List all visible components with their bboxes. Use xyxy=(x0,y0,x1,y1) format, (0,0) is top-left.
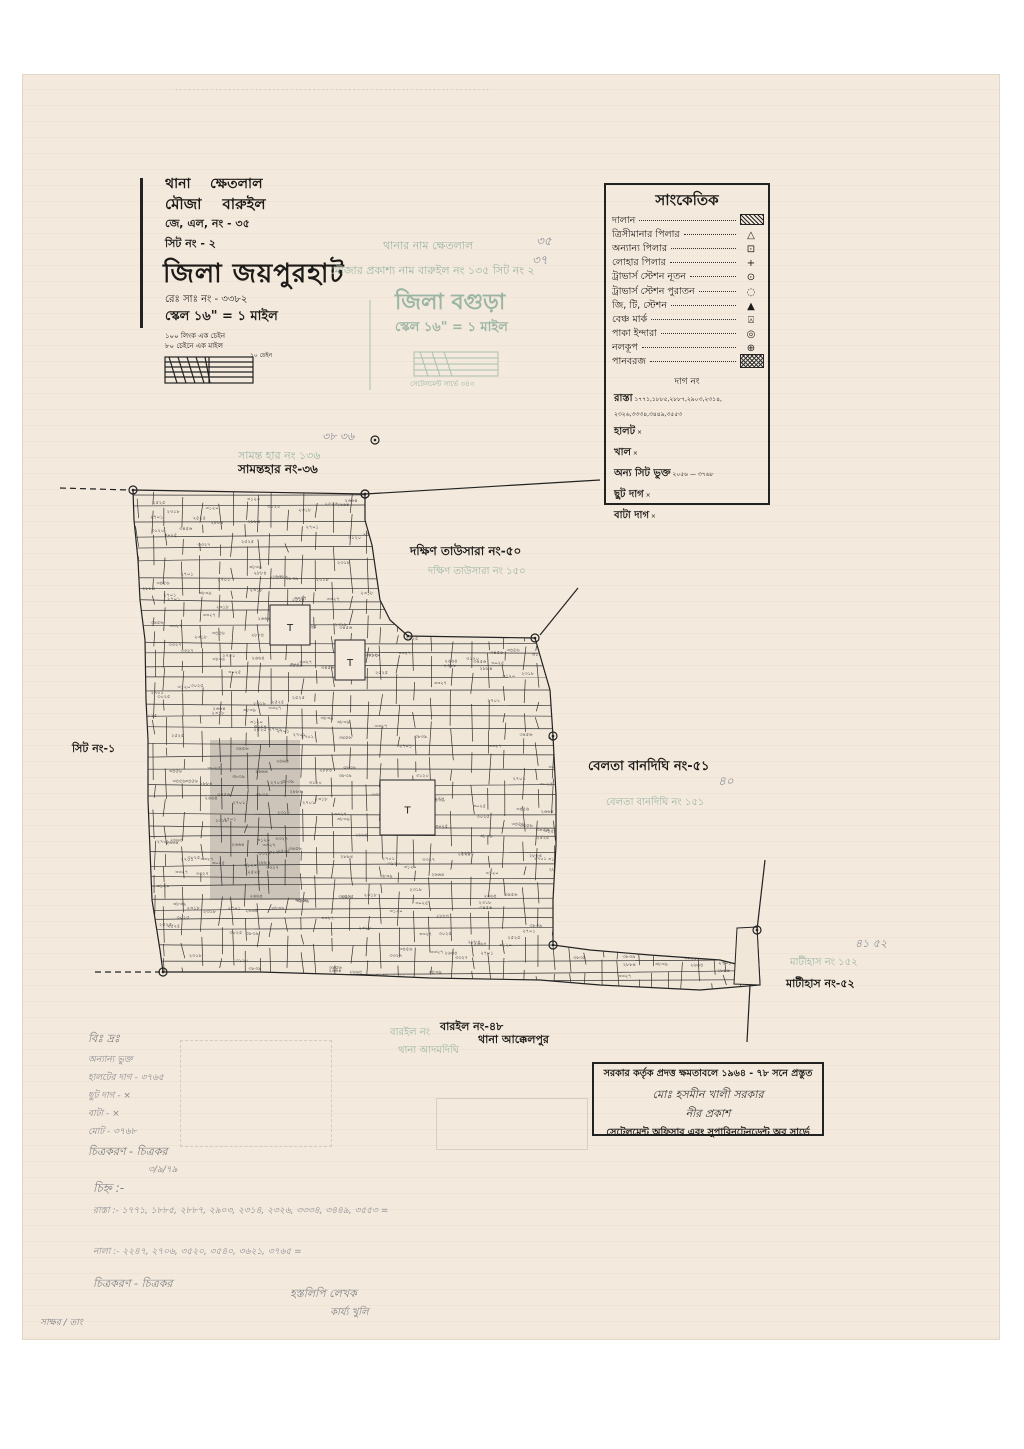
svg-text:২৫২৫: ২৫২৫ xyxy=(672,546,685,552)
svg-text:২৭০১: ২৭০১ xyxy=(151,690,164,696)
svg-text:২৮৮৪: ২৮৮৪ xyxy=(668,586,681,592)
authority-stamp: সরকার কর্তৃক প্রদত্ত ক্ষমতাবলে ১৯৬৪ - ৭৮… xyxy=(592,1062,824,1136)
svg-text:২৮৮৪: ২৮৮৪ xyxy=(588,816,601,822)
svg-text:৩১২০: ৩১২০ xyxy=(559,881,572,887)
svg-text:২৫২৫: ২৫২৫ xyxy=(341,894,354,900)
bottom-left-scribble: সাক্ষর / তাং xyxy=(40,1315,83,1330)
svg-text:২৭০১: ২৭০১ xyxy=(399,744,412,750)
svg-text:৩৩২৭: ৩৩২৭ xyxy=(168,642,181,648)
svg-text:২৭০১: ২৭০১ xyxy=(621,640,634,646)
svg-text:৩৪৫৬: ৩৪৫৬ xyxy=(519,732,533,738)
svg-text:৩৮৩৯: ৩৮৩৯ xyxy=(608,518,621,524)
svg-text:৩০২৫: ৩০২৫ xyxy=(410,538,423,544)
svg-text:২৭০১: ২৭০১ xyxy=(578,584,591,590)
svg-text:৩০২৫: ৩০২৫ xyxy=(628,911,641,917)
svg-text:৩০২৫: ৩০২৫ xyxy=(144,713,157,719)
svg-text:২৩১৮: ২৩১৮ xyxy=(580,537,594,543)
svg-text:৩১২০: ৩১২০ xyxy=(516,533,529,539)
svg-text:২৩১৮: ২৩১৮ xyxy=(486,531,500,537)
svg-text:৩৪৫৬: ৩৪৫৬ xyxy=(751,794,765,800)
svg-text:৩৮৩৯: ৩৮৩৯ xyxy=(573,955,586,961)
svg-text:T: T xyxy=(346,658,354,669)
bottom-signature-2: হস্তলিপি লেখক xyxy=(290,1285,357,1304)
svg-text:২৬৬৪: ২৬৬৪ xyxy=(484,893,497,899)
svg-text:২৫২৫: ২৫২৫ xyxy=(536,835,549,841)
svg-text:৩১২০: ৩১২০ xyxy=(404,865,417,871)
svg-text:৩৪৫৬: ৩৪৫৬ xyxy=(536,827,550,833)
svg-text:৩১২০: ৩১২০ xyxy=(395,590,408,596)
svg-text:২৮৮৪: ২৮৮৪ xyxy=(408,618,421,624)
svg-text:৩৩২৭: ৩৩২৭ xyxy=(455,955,468,961)
svg-text:৩৪৫৬: ৩৪৫৬ xyxy=(169,768,183,774)
svg-text:৩১২০: ৩১২০ xyxy=(689,619,702,625)
svg-text:২৫২৫: ২৫২৫ xyxy=(484,607,497,613)
svg-text:২৮৮৪: ২৮৮৪ xyxy=(248,519,261,525)
svg-text:৩৪৫৬: ৩৪৫৬ xyxy=(691,843,705,849)
svg-text:৩৪৫৬: ৩৪৫৬ xyxy=(156,580,170,586)
svg-text:৩৩২৭: ৩৩২৭ xyxy=(653,919,666,925)
svg-text:৩৪৫৬: ৩৪৫৬ xyxy=(678,680,692,686)
svg-text:২৫২৫: ২৫২৫ xyxy=(378,510,391,516)
svg-text:৩১২০: ৩১২০ xyxy=(151,528,164,534)
svg-text:২৬৬৪: ২৬৬৪ xyxy=(662,862,675,868)
svg-text:২৬৬৪: ২৬৬৪ xyxy=(345,498,358,504)
svg-text:২৬৬৪: ২৬৬৪ xyxy=(566,608,579,614)
svg-text:২৩১৮: ২৩১৮ xyxy=(334,622,348,628)
svg-text:২৭০১: ২৭০১ xyxy=(150,514,163,520)
svg-text:৩৩২৭: ৩৩২৭ xyxy=(645,929,658,935)
svg-text:৩৩২৭: ৩৩২৭ xyxy=(434,681,447,687)
svg-text:২৮৮৪: ২৮৮৪ xyxy=(547,521,560,527)
svg-text:৩১২০: ৩১২০ xyxy=(247,496,260,502)
svg-text:২৭০১: ২৭০১ xyxy=(217,577,230,583)
svg-text:২৩১৮: ২৩১৮ xyxy=(715,558,729,564)
svg-text:৩৩২৭: ৩৩২৭ xyxy=(181,648,194,654)
svg-text:৩৪৫৬: ৩৪৫৬ xyxy=(751,788,765,794)
svg-text:৩৩২৭: ৩৩২৭ xyxy=(389,953,402,959)
svg-text:২৩১৮: ২৩১৮ xyxy=(187,905,201,911)
svg-text:২৭০১: ২৭০১ xyxy=(268,726,281,732)
svg-text:২৩১৮: ২৩১৮ xyxy=(633,753,647,759)
svg-text:৩৪৫৬: ৩৪৫৬ xyxy=(185,778,199,784)
svg-text:৩৪৫৬: ৩৪৫৬ xyxy=(212,631,226,637)
svg-text:৩৩২৭: ৩৩২৭ xyxy=(197,542,210,548)
svg-text:২৩১৮: ২৩১৮ xyxy=(576,928,590,934)
svg-text:৩৩২৭: ৩৩২৭ xyxy=(422,857,435,863)
svg-text:৩০২৫: ৩০২৫ xyxy=(613,682,626,688)
svg-text:৩৮৩৯: ৩৮৩৯ xyxy=(248,966,261,972)
svg-text:৩০২৫: ৩০২৫ xyxy=(582,559,595,565)
svg-text:২৮৮৪: ২৮৮৪ xyxy=(480,666,493,672)
svg-text:২৫২৫: ২৫২৫ xyxy=(241,539,254,545)
svg-text:২৩১৮: ২৩১৮ xyxy=(390,569,404,575)
svg-text:২৬৬৪: ২৬৬৪ xyxy=(716,943,729,949)
svg-text:২৮৮৪: ২৮৮৪ xyxy=(644,757,657,763)
svg-text:৩৪৫৬: ৩৪৫৬ xyxy=(396,535,410,541)
svg-text:৩১২০: ৩১২০ xyxy=(620,503,633,509)
svg-text:৩০২৫: ৩০২৫ xyxy=(229,930,242,936)
svg-text:২৮৮৪: ২৮৮৪ xyxy=(623,962,636,968)
svg-text:২৬৬৪: ২৬৬৪ xyxy=(445,659,458,665)
svg-text:২৫২৫: ২৫২৫ xyxy=(694,614,707,620)
cadastral-map: ২৫২৫২৬৬৪২৭০১২৮৮৪৩০২৫৩১২০৩৪৫৬২৩১৮৩৩২৭৩৮৩৯… xyxy=(0,0,1024,1449)
svg-text:৩৮৩৯: ৩৮৩৯ xyxy=(212,657,225,663)
svg-text:৩০২৫: ৩০২৫ xyxy=(686,717,699,723)
svg-text:২৭০১: ২৭০১ xyxy=(513,776,526,782)
svg-text:২৩১৮: ২৩১৮ xyxy=(561,900,575,906)
svg-text:৩৪৫৬: ৩৪৫৬ xyxy=(643,826,657,832)
svg-text:৩১২০: ৩১২০ xyxy=(267,504,280,510)
svg-text:৩৩২৭: ৩৩২৭ xyxy=(374,724,387,730)
svg-text:২৮৮৪: ২৮৮৪ xyxy=(658,725,671,731)
svg-text:২৭০১: ২৭০১ xyxy=(487,698,500,704)
svg-text:২৬৬৪: ২৬৬৪ xyxy=(454,526,467,532)
svg-text:২৩১৮: ২৩১৮ xyxy=(194,634,208,640)
svg-text:২৭০১: ২৭০১ xyxy=(306,525,319,531)
svg-text:২৮৮৪: ২৮৮৪ xyxy=(254,571,267,577)
svg-text:২৬৬৪: ২৬৬৪ xyxy=(257,616,270,622)
svg-text:২৫২৫: ২৫২৫ xyxy=(661,886,674,892)
svg-text:২৮৮৪: ২৮৮৪ xyxy=(251,633,264,639)
svg-text:৩৪৫৬: ৩৪৫৬ xyxy=(531,556,545,562)
svg-text:২৭০১: ২৭০১ xyxy=(718,961,731,967)
svg-text:২৭০১: ২৭০১ xyxy=(675,625,688,631)
svg-text:২৬৬৪: ২৬৬৪ xyxy=(592,758,605,764)
svg-text:২৬৬৪: ২৬৬৪ xyxy=(503,531,516,537)
svg-text:২৬৬৪: ২৬৬৪ xyxy=(349,969,362,975)
svg-text:৩৩২৭: ৩৩২৭ xyxy=(489,743,502,749)
svg-text:৩০২৫: ৩০২৫ xyxy=(473,804,486,810)
svg-text:৩৮৩৯: ৩৮৩৯ xyxy=(142,954,155,960)
svg-text:৩৮৩৯: ৩৮৩৯ xyxy=(744,618,757,624)
svg-text:৩৩২৭: ৩৩২৭ xyxy=(334,812,347,818)
svg-text:২৩১৮: ২৩১৮ xyxy=(212,710,226,716)
svg-text:২৫২৫: ২৫২৫ xyxy=(171,733,184,739)
svg-text:৩৮৩৯: ৩৮৩৯ xyxy=(243,707,256,713)
svg-text:২৭০১: ২৭০১ xyxy=(750,598,763,604)
svg-text:২৬৬৪: ২৬৬৪ xyxy=(245,908,258,914)
svg-text:৩০২৫: ৩০২৫ xyxy=(587,525,600,531)
svg-text:২৩১৮: ২৩১৮ xyxy=(670,655,684,661)
svg-text:৩৮৩৯: ৩৮৩৯ xyxy=(556,788,569,794)
svg-text:২৭০১: ২৭০১ xyxy=(163,593,176,599)
svg-text:২৫২৫: ২৫২৫ xyxy=(728,778,741,784)
svg-text:২৩১৮: ২৩১৮ xyxy=(756,743,770,749)
svg-text:২৫২৫: ২৫২৫ xyxy=(292,598,305,604)
svg-text:T: T xyxy=(286,623,294,634)
svg-text:২৬৬৪: ২৬৬৪ xyxy=(486,558,499,564)
svg-text:৩৩২৭: ৩৩২৭ xyxy=(321,915,334,921)
svg-text:৩০২৫: ৩০২৫ xyxy=(715,708,728,714)
svg-text:৩৮৩৯: ৩৮৩৯ xyxy=(611,553,624,559)
svg-text:৩০২৫: ৩০২৫ xyxy=(684,955,697,961)
svg-text:৩১২০: ৩১২০ xyxy=(468,503,481,509)
svg-text:২৩১৮: ২৩১৮ xyxy=(620,772,634,778)
svg-text:২৮৮৪: ২৮৮৪ xyxy=(515,508,528,514)
svg-text:৩৩২৭: ৩৩২৭ xyxy=(668,772,681,778)
svg-text:৩৪৫৬: ৩৪৫৬ xyxy=(675,827,689,833)
svg-text:২৬৬৪: ২৬৬৪ xyxy=(166,840,179,846)
svg-text:৩৪৫৬: ৩৪৫৬ xyxy=(579,871,593,877)
svg-text:২৫২৫: ২৫২৫ xyxy=(720,667,733,673)
svg-text:২৫২৫: ২৫২৫ xyxy=(591,801,604,807)
svg-text:৩৪৫৬: ৩৪৫৬ xyxy=(321,665,335,671)
svg-text:২৫২৫: ২৫২৫ xyxy=(193,515,206,521)
svg-text:২৩১৮: ২৩১৮ xyxy=(660,794,674,800)
svg-text:২৭০১: ২৭০১ xyxy=(755,765,768,771)
svg-text:৩৮৩৯: ৩৮৩৯ xyxy=(622,954,635,960)
svg-text:২৩১৮: ২৩১৮ xyxy=(479,900,493,906)
svg-text:T: T xyxy=(404,806,412,817)
svg-text:২৮৮৪: ২৮৮৪ xyxy=(468,939,481,945)
svg-text:২৮৮৪: ২৮৮৪ xyxy=(614,499,627,505)
svg-text:৩০২৫: ৩০২৫ xyxy=(177,915,190,921)
svg-text:২৫২৫: ২৫২৫ xyxy=(620,804,633,810)
svg-text:২৮৮৪: ২৮৮৪ xyxy=(558,643,571,649)
svg-text:২৫২৫: ২৫২৫ xyxy=(650,776,663,782)
svg-text:৩০২৫: ৩০২৫ xyxy=(439,931,452,937)
svg-text:৩০২৫: ৩০২৫ xyxy=(228,670,241,676)
svg-text:৩১২০: ৩১২০ xyxy=(250,720,263,726)
svg-text:৩১২০: ৩১২০ xyxy=(620,704,633,710)
svg-text:২৮৮৪: ২৮৮৪ xyxy=(706,931,719,937)
svg-text:২৮৮৪: ২৮৮৪ xyxy=(696,778,709,784)
svg-text:৩০২৫: ৩০২৫ xyxy=(435,823,448,829)
stamp-line-1: সরকার কর্তৃক প্রদত্ত ক্ষমতাবলে ১৯৬৪ - ৭৮… xyxy=(594,1067,822,1082)
svg-text:৩০২৫: ৩০২৫ xyxy=(483,561,496,567)
svg-text:৩১২০: ৩১২০ xyxy=(486,871,499,877)
svg-text:২৩১৮: ২৩১৮ xyxy=(216,605,230,611)
svg-text:২৬৬৪: ২৬৬৪ xyxy=(494,566,507,572)
nala-line: নালা :- ২২৪৭, ২৭০৬, ৩৫২০, ৩৫৪০, ৩৬২১, ৩৭… xyxy=(93,1244,302,1259)
svg-text:২৩১৮: ২৩১৮ xyxy=(554,581,568,587)
svg-text:৩১২০: ৩১২০ xyxy=(664,930,677,936)
svg-text:৩১২০: ৩১২০ xyxy=(235,958,248,964)
svg-text:২৮৮৪: ২৮৮৪ xyxy=(669,938,682,944)
faded-legend-box xyxy=(180,1040,332,1147)
svg-text:৩৪৫৬: ৩৪৫৬ xyxy=(339,735,353,741)
svg-text:৩৪৫৬: ৩৪৫৬ xyxy=(511,821,525,827)
svg-text:৩৩২৭: ৩৩২৭ xyxy=(555,727,568,733)
notes-left-date: ৩/৯/৭৯ xyxy=(148,1162,268,1177)
svg-text:৩৮৩৯: ৩৮৩৯ xyxy=(337,719,350,725)
svg-text:৩০২৫: ৩০২৫ xyxy=(187,855,200,861)
svg-text:৩৩২৭: ৩৩২৭ xyxy=(169,624,182,630)
svg-text:৩৮৩৯: ৩৮৩৯ xyxy=(684,758,697,764)
svg-text:৩১২০: ৩১২০ xyxy=(502,674,515,680)
svg-text:৩৮৩৯: ৩৮৩৯ xyxy=(173,902,186,908)
svg-text:৩৪৫৬: ৩৪৫৬ xyxy=(479,905,493,911)
svg-text:২৩১৮: ২৩১৮ xyxy=(250,587,264,593)
svg-text:৩১২০: ৩১২০ xyxy=(289,663,302,669)
svg-text:২৬৬৪: ২৬৬৪ xyxy=(355,833,368,839)
svg-text:২৭০১: ২৭০১ xyxy=(459,591,472,597)
svg-text:২৮৮৪: ২৮৮৪ xyxy=(717,968,730,974)
svg-text:৩০২৫: ৩০২৫ xyxy=(491,660,504,666)
svg-text:৩১২০: ৩১২০ xyxy=(722,912,735,918)
svg-text:২৫২৫: ২৫২৫ xyxy=(375,670,388,676)
svg-text:৩৩২৭: ৩৩২৭ xyxy=(326,597,339,603)
svg-text:২৫২৫: ২৫২৫ xyxy=(609,676,622,682)
svg-text:৩১২০: ৩১২০ xyxy=(750,545,763,551)
bottom-signature-1: চিত্রকরণ - চিত্রকর xyxy=(93,1275,172,1294)
svg-text:২৫২৫: ২৫২৫ xyxy=(159,922,172,928)
svg-text:২৮৮৪: ২৮৮৪ xyxy=(470,501,483,507)
svg-text:২৮৮৪: ২৮৮৪ xyxy=(616,729,629,735)
stamp-signature-2: নীর প্রকাশ xyxy=(594,1105,822,1124)
svg-text:২৮৮৪: ২৮৮৪ xyxy=(142,586,155,592)
svg-text:৩৪৫৬: ৩৪৫৬ xyxy=(490,650,504,656)
svg-text:৩৮৩৯: ৩৮৩৯ xyxy=(655,961,668,967)
svg-text:২৩১৮: ২৩১৮ xyxy=(315,797,329,803)
svg-text:৩৮৩৯: ৩৮৩৯ xyxy=(379,873,392,879)
svg-text:৩৩২৭: ৩৩২৭ xyxy=(590,782,603,788)
svg-text:২৬৬৪: ২৬৬৪ xyxy=(471,530,484,536)
chinho-title: চিহ্ন :- xyxy=(93,1180,124,1200)
svg-text:৩০২৫: ৩০২৫ xyxy=(539,781,552,787)
svg-text:২৭০১: ২৭০১ xyxy=(180,973,193,979)
svg-text:৩৩২৭: ৩৩২৭ xyxy=(618,974,631,980)
svg-text:২৮৮৪: ২৮৮৪ xyxy=(529,853,542,859)
svg-text:২৩১৮: ২৩১৮ xyxy=(364,892,378,898)
svg-text:৩০২৫: ৩০২৫ xyxy=(436,501,449,507)
svg-text:২৭০১: ২৭০১ xyxy=(302,800,315,806)
svg-text:৩৩২৭: ৩৩২৭ xyxy=(196,871,209,877)
svg-text:৩১২০: ৩১২০ xyxy=(416,773,429,779)
svg-text:২৫২৫: ২৫২৫ xyxy=(152,500,165,506)
stamp-line-2: সেটেলমেন্ট অফিসার এবং সুপারিনটেনডেন্ট অব… xyxy=(594,1126,822,1141)
svg-text:৩১২০: ৩১২০ xyxy=(389,908,402,914)
svg-text:৩৪৫৬: ৩৪৫৬ xyxy=(504,892,518,898)
svg-text:৩৩২৭: ৩৩২৭ xyxy=(419,931,432,937)
svg-text:২৬৬৪: ২৬৬৪ xyxy=(690,962,703,968)
svg-text:২৫২৫: ২৫২৫ xyxy=(610,560,623,566)
stamp-signature: মোঃ হসমীন খালী সরকার xyxy=(594,1086,822,1105)
svg-text:৩৮৩৯: ৩৮৩৯ xyxy=(691,784,704,790)
svg-text:২৬৬৪: ২৬৬৪ xyxy=(329,968,342,974)
svg-text:২৫২৫: ২৫২৫ xyxy=(574,816,587,822)
svg-text:২৩১৮: ২৩১৮ xyxy=(189,953,203,959)
svg-text:২৩১৮: ২৩১৮ xyxy=(275,574,289,580)
svg-text:৩৪৫৬: ৩৪৫৬ xyxy=(648,903,662,909)
faded-stamp-box xyxy=(436,1098,588,1150)
svg-text:২৬৬৪: ২৬৬৪ xyxy=(425,541,438,547)
svg-text:৩৪৫৬: ৩৪৫৬ xyxy=(652,602,666,608)
svg-text:২৩১৮: ২৩১৮ xyxy=(203,909,217,915)
svg-text:২৭০১: ২৭০১ xyxy=(368,511,381,517)
svg-text:৩১২০: ৩১২০ xyxy=(309,780,322,786)
svg-text:২৭০১: ২৭০১ xyxy=(181,572,194,578)
svg-text:৩১২০: ৩১২০ xyxy=(742,738,755,744)
svg-text:৩০২৫: ৩০২৫ xyxy=(415,900,428,906)
svg-text:২৬৬৪: ২৬৬৪ xyxy=(705,621,718,627)
svg-text:২৮৮৪: ২৮৮৪ xyxy=(695,803,708,809)
svg-text:২৮৮৪: ২৮৮৪ xyxy=(549,867,562,873)
svg-text:৩৩২৭: ৩৩২৭ xyxy=(175,870,188,876)
rasta-line: রাস্তা :- ১৭৭১, ১৮৮৫, ২৮৮৭, ২৯০৩, ২৩১৪, … xyxy=(93,1203,393,1218)
svg-text:৩০২৫: ৩০২৫ xyxy=(745,778,758,784)
svg-text:২৩১৮: ২৩১৮ xyxy=(360,591,374,597)
svg-text:২৩১৮: ২৩১৮ xyxy=(474,629,488,635)
svg-text:২৮৮৪: ২৮৮৪ xyxy=(319,767,332,773)
svg-text:২৫২৫: ২৫২৫ xyxy=(610,651,623,657)
svg-text:২৮৮৪: ২৮৮৪ xyxy=(365,652,378,658)
svg-text:৩০২৫: ৩০২৫ xyxy=(658,890,671,896)
svg-text:২৭০১: ২৭০১ xyxy=(522,929,535,935)
bottom-signature-3: কাৰ্য্য খুলি xyxy=(330,1305,369,1322)
svg-text:২৩১৮: ২৩১৮ xyxy=(408,529,422,535)
svg-text:৩১২০: ৩১২০ xyxy=(157,884,170,890)
svg-text:২৭০১: ২৭০১ xyxy=(480,950,493,956)
svg-text:২৩১৮: ২৩১৮ xyxy=(316,577,330,583)
svg-text:৩৩২৭: ৩৩২৭ xyxy=(670,637,683,643)
svg-text:২৩১৮: ২৩১৮ xyxy=(679,541,693,547)
svg-text:২৮৮৪: ২৮৮৪ xyxy=(716,896,729,902)
svg-text:৩৮৩৯: ৩৮৩৯ xyxy=(271,905,284,911)
svg-text:২৮৮৪: ২৮৮৪ xyxy=(632,751,645,757)
svg-text:৩৪৫৬: ৩৪৫৬ xyxy=(179,526,193,532)
svg-text:৩৪৫৬: ৩৪৫৬ xyxy=(638,847,652,853)
svg-text:৩১২০: ৩১২০ xyxy=(553,726,566,732)
svg-text:২৬৬৪: ২৬৬৪ xyxy=(617,757,630,763)
svg-text:৩৩২৭: ৩৩২৭ xyxy=(645,632,658,638)
svg-text:৩৪৫৬: ৩৪৫৬ xyxy=(687,657,701,663)
svg-text:২৭০১: ২৭০১ xyxy=(473,541,486,547)
svg-text:৩০২৫: ৩০২৫ xyxy=(568,876,581,882)
svg-text:৩১২০: ৩১২০ xyxy=(532,652,545,658)
svg-text:৩৮৩৯: ৩৮৩৯ xyxy=(246,931,259,937)
svg-text:৩৮৩৯: ৩৮৩৯ xyxy=(415,612,428,618)
svg-text:৩৮৩৯: ৩৮৩৯ xyxy=(480,834,493,840)
svg-text:৩১২০: ৩১২০ xyxy=(387,861,400,867)
svg-text:২৩১৮: ২৩১৮ xyxy=(409,887,423,893)
svg-text:২৩১৮: ২৩১৮ xyxy=(521,671,535,677)
svg-text:২৭০১: ২৭০১ xyxy=(228,905,241,911)
svg-text:৩৮৩৯: ৩৮৩৯ xyxy=(321,716,334,722)
svg-text:২৭০১: ২৭০১ xyxy=(596,738,609,744)
svg-text:২৩১৮: ২৩১৮ xyxy=(167,509,181,515)
svg-text:৩৮৩৯: ৩৮৩৯ xyxy=(339,773,352,779)
svg-text:৩৮৩৯: ৩৮৩৯ xyxy=(343,765,356,771)
svg-text:২৩১৮: ২৩১৮ xyxy=(756,750,770,756)
svg-text:৩০২৫: ৩০২৫ xyxy=(583,528,596,534)
svg-text:৩৩২৭: ৩৩২৭ xyxy=(709,671,722,677)
svg-text:২৬৬৪: ২৬৬৪ xyxy=(726,883,739,889)
svg-text:২৫২৫: ২৫২৫ xyxy=(271,699,284,705)
svg-text:৩০২৫: ৩০২৫ xyxy=(191,683,204,689)
svg-text:২৭০১: ২৭০১ xyxy=(655,909,668,915)
svg-text:২৫২৫: ২৫২৫ xyxy=(571,896,584,902)
svg-text:২৩১৮: ২৩১৮ xyxy=(358,926,372,932)
svg-text:৩৪৫৬: ৩৪৫৬ xyxy=(507,648,521,654)
svg-text:২৭০১: ২৭০১ xyxy=(698,570,711,576)
svg-text:৩৪৫৬: ৩৪৫৬ xyxy=(172,779,186,785)
svg-text:৩০২৫: ৩০২৫ xyxy=(425,573,438,579)
svg-text:৩৩২৭: ৩৩২৭ xyxy=(653,633,666,639)
svg-text:৩৪৫৬: ৩৪৫৬ xyxy=(399,946,413,952)
svg-text:৩১২০: ৩১২০ xyxy=(694,786,707,792)
svg-text:২৩১৮: ২৩১৮ xyxy=(298,507,312,513)
svg-text:২৩১৮: ২৩১৮ xyxy=(337,560,351,566)
svg-text:২৫২৫: ২৫২৫ xyxy=(507,935,520,941)
svg-text:৩০২৫: ৩০২৫ xyxy=(412,605,425,611)
svg-text:২৮৮৪: ২৮৮৪ xyxy=(401,579,414,585)
svg-text:৩৩২৭: ৩৩২৭ xyxy=(203,612,216,618)
svg-text:৩৮৩৯: ৩৮৩৯ xyxy=(603,934,616,940)
svg-text:২৫২৫: ২৫২৫ xyxy=(589,765,602,771)
svg-text:৩৩২৭: ৩৩২৭ xyxy=(398,651,411,657)
svg-text:২৬৬৪: ২৬৬৪ xyxy=(541,809,554,815)
